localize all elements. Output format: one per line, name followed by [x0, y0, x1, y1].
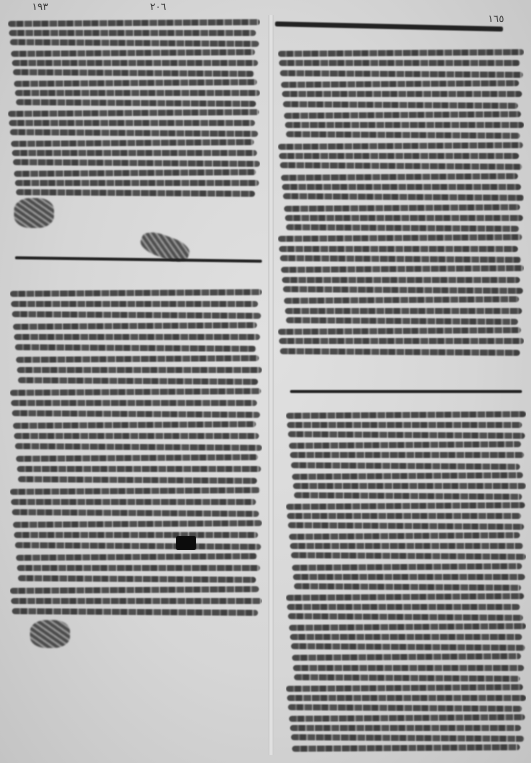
manuscript-line	[278, 327, 521, 335]
manuscript-line	[287, 422, 522, 428]
manuscript-line	[15, 542, 261, 550]
signature-seal-icon	[30, 620, 70, 648]
manuscript-line	[13, 520, 262, 528]
manuscript-line	[279, 246, 518, 252]
manuscript-line	[288, 522, 524, 530]
manuscript-line	[18, 377, 258, 385]
manuscript-line	[8, 19, 260, 27]
manuscript-line	[286, 684, 523, 692]
manuscript-line	[292, 472, 523, 480]
manuscript-line	[284, 111, 521, 119]
manuscript-line	[10, 39, 259, 47]
manuscript-line	[15, 443, 262, 451]
section-divider	[15, 256, 262, 262]
page-number-center: ٢٠٦	[150, 2, 166, 13]
manuscript-line	[286, 224, 519, 232]
manuscript-line	[280, 70, 523, 78]
manuscript-line	[10, 289, 262, 297]
manuscript-line	[290, 452, 524, 458]
text-block-left-lower	[10, 288, 262, 618]
manuscript-line	[16, 189, 255, 197]
manuscript-line	[291, 462, 520, 470]
page-number-right: ١٦٥	[488, 14, 504, 25]
manuscript-line	[279, 60, 520, 66]
manuscript-line	[287, 513, 521, 519]
text-block-right-upper	[278, 48, 524, 358]
manuscript-line	[18, 476, 257, 484]
page-fold	[268, 15, 274, 755]
section-divider	[290, 390, 522, 393]
manuscript-line	[280, 348, 520, 356]
manuscript-line	[287, 604, 520, 610]
ink-blot	[176, 536, 196, 550]
manuscript-line	[14, 169, 256, 177]
manuscript-line	[287, 695, 526, 701]
manuscript-line	[15, 180, 259, 186]
manuscript-line	[281, 265, 524, 273]
manuscript-line	[284, 296, 519, 304]
manuscript-line	[292, 654, 521, 662]
manuscript-line	[289, 623, 526, 631]
manuscript-line	[282, 91, 522, 97]
manuscript-line	[279, 338, 524, 344]
manuscript-line	[286, 132, 520, 140]
manuscript-line	[278, 235, 522, 243]
manuscript-line	[292, 563, 522, 571]
header-line	[275, 21, 503, 31]
manuscript-line	[17, 466, 261, 472]
manuscript-line	[288, 613, 523, 621]
manuscript-line	[12, 509, 259, 517]
manuscript-line	[13, 69, 254, 77]
manuscript-line	[284, 204, 520, 212]
manuscript-line	[293, 483, 526, 489]
manuscript-line	[281, 80, 519, 88]
manuscript-line	[12, 60, 258, 66]
manuscript-line	[279, 153, 519, 159]
manuscript-line	[13, 421, 256, 429]
manuscript-line	[11, 301, 258, 307]
manuscript-line	[294, 492, 522, 500]
manuscript-line	[10, 129, 258, 137]
manuscript-line	[286, 502, 525, 510]
manuscript-line	[16, 355, 259, 363]
signature-seal-icon	[14, 198, 54, 228]
manuscript-line	[289, 532, 520, 540]
manuscript-line	[278, 142, 523, 150]
manuscript-line	[285, 122, 524, 128]
manuscript-line	[292, 745, 520, 753]
manuscript-line	[288, 431, 525, 439]
manuscript-line	[291, 643, 525, 651]
manuscript-line	[14, 334, 260, 340]
manuscript-line	[286, 411, 526, 419]
manuscript-line	[281, 173, 518, 181]
manuscript-line	[290, 634, 522, 640]
manuscript-line	[16, 553, 257, 561]
manuscript-line	[291, 553, 526, 561]
manuscript-line	[11, 400, 257, 406]
manuscript-line	[283, 101, 518, 109]
manuscript-line	[291, 734, 524, 742]
manuscript-line	[280, 255, 521, 263]
manuscript-line	[290, 725, 521, 731]
text-block-right-lower	[286, 410, 526, 755]
manuscript-line	[11, 139, 254, 147]
manuscript-line	[12, 311, 261, 319]
manuscript-line	[278, 49, 524, 57]
manuscript-line	[9, 120, 255, 126]
manuscript-line	[11, 49, 255, 57]
manuscript-line	[14, 532, 258, 538]
manuscript-line	[293, 574, 525, 580]
manuscript-line	[286, 593, 524, 601]
manuscript-line	[12, 150, 257, 156]
manuscript-line	[290, 543, 523, 549]
manuscript-line	[8, 109, 259, 117]
manuscript-line	[280, 162, 522, 170]
manuscript-line	[10, 388, 261, 396]
manuscript-line	[289, 441, 521, 449]
manuscript-line	[14, 433, 259, 439]
manuscript-line	[15, 344, 256, 352]
manuscript-line	[13, 322, 257, 330]
manuscript-line	[286, 317, 518, 325]
manuscript-line	[18, 575, 256, 583]
manuscript-line	[15, 90, 260, 96]
manuscript-page: ١٩٣ ٢٠٦ ١٦٥	[0, 0, 531, 763]
manuscript-line	[282, 184, 521, 190]
manuscript-line	[16, 99, 256, 107]
manuscript-line	[285, 215, 523, 221]
manuscript-line	[17, 367, 262, 373]
manuscript-line	[17, 565, 260, 571]
manuscript-line	[12, 410, 260, 418]
manuscript-line	[288, 704, 522, 712]
manuscript-line	[13, 159, 260, 167]
page-number-left: ١٩٣	[32, 2, 48, 13]
manuscript-line	[282, 277, 520, 283]
manuscript-line	[11, 598, 262, 604]
manuscript-line	[294, 583, 521, 591]
manuscript-line	[10, 487, 260, 495]
manuscript-line	[11, 499, 256, 505]
manuscript-line	[293, 665, 524, 671]
manuscript-line	[12, 608, 258, 616]
manuscript-line	[283, 286, 523, 294]
manuscript-line	[9, 30, 256, 36]
manuscript-line	[283, 193, 524, 201]
manuscript-line	[285, 308, 522, 314]
manuscript-line	[14, 79, 257, 87]
manuscript-line	[16, 454, 258, 462]
text-block-left-upper	[8, 18, 260, 198]
manuscript-line	[10, 586, 259, 594]
manuscript-line	[289, 714, 525, 722]
manuscript-line	[294, 674, 520, 682]
